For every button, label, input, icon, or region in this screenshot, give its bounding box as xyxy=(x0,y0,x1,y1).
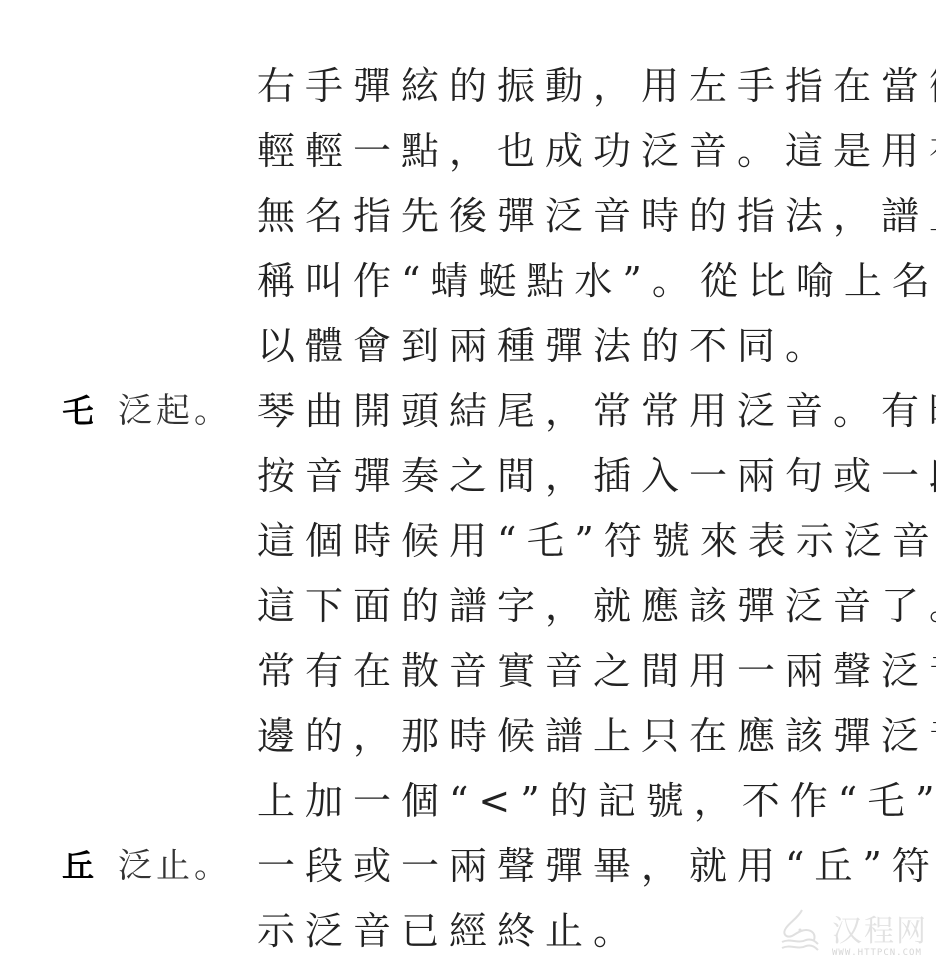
fan-qi-line-5: 常有在散音實音之間用一兩聲泛音夾在裡 xyxy=(257,646,936,696)
watermark-title: 汉程网 xyxy=(832,906,928,950)
intro-line-4: 稱叫作“蜻蜓點水”。從比喻上名稱也可 xyxy=(257,256,936,306)
fan-qi-line-7: 上加一個“<”的記號，不作“乇”。 xyxy=(257,776,936,826)
scanned-page: 右手彈絃的振動，用左手指在當徽的地方 輕輕一點，也成功泛音。這是用在大指和 無名… xyxy=(0,0,936,975)
fan-zhi-line-1: 一段或一兩聲彈畢，就用“丘”符號來表 xyxy=(257,841,936,891)
horse-logo-icon xyxy=(780,908,820,958)
fan-qi-line-4: 這下面的譜字，就應該彈泛音了。琴曲中 xyxy=(257,581,936,631)
intro-line-2: 輕輕一點，也成功泛音。這是用在大指和 xyxy=(257,126,936,176)
intro-line-1: 右手彈絃的振動，用左手指在當徽的地方 xyxy=(257,61,936,111)
entry-fan-zhi-heading: 丘 泛止。 xyxy=(0,841,250,891)
watermark: 汉程网 WWW.HTTPCN.COM xyxy=(780,900,930,970)
fan-qi-line-1: 琴曲開頭結尾，常常用泛音。有時在散音 xyxy=(257,386,936,436)
fan-qi-term: 泛起。 xyxy=(118,386,232,436)
fan-qi-line-2: 按音彈奏之間，插入一兩句或一段泛音。 xyxy=(257,451,936,501)
fan-zhi-symbol: 丘 xyxy=(62,841,94,891)
entry-fan-qi-heading: 乇 泛起。 xyxy=(0,386,250,436)
fan-qi-line-6: 邊的，那時候譜上只在應該彈泛音的字母 xyxy=(257,711,936,761)
fan-qi-line-3: 這個時候用“乇”符號來表示泛音開始。 xyxy=(257,516,936,566)
fan-qi-symbol: 乇 xyxy=(62,386,94,436)
intro-line-5: 以體會到兩種彈法的不同。 xyxy=(257,321,833,371)
intro-line-3: 無名指先後彈泛音時的指法，譜上比喻名 xyxy=(257,191,936,241)
fan-zhi-line-2: 示泛音已經終止。 xyxy=(257,906,641,956)
watermark-url: WWW.HTTPCN.COM xyxy=(832,948,922,958)
fan-zhi-term: 泛止。 xyxy=(118,841,232,891)
